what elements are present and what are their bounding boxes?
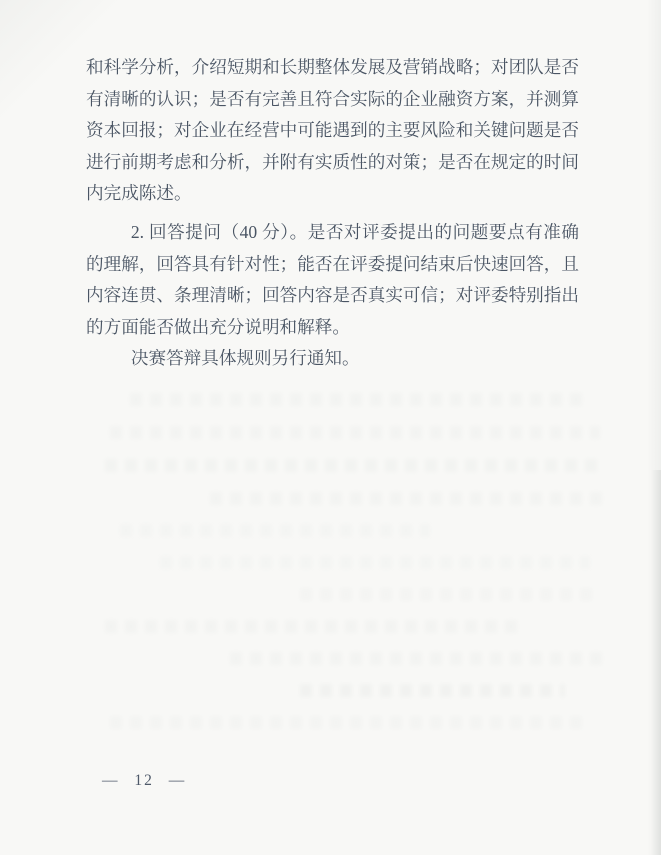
- bleed-through-row: [300, 684, 565, 697]
- bleed-through-row: [105, 620, 525, 633]
- bleed-through-row: [160, 556, 590, 569]
- bleed-through-row: [110, 716, 590, 729]
- paragraph-question-answering-criteria: 2. 回答提问（40 分）。是否对评委提出的问题要点有准确的理解，回答具有针对性…: [86, 217, 579, 343]
- bleed-through-row: [120, 524, 430, 537]
- bleed-through-row: [130, 393, 585, 406]
- bleed-through-row: [230, 652, 610, 665]
- scanned-document-page: 和科学分析，介绍短期和长期整体发展及营销战略；对团队是否有清晰的认识；是否有完善…: [0, 0, 661, 855]
- bleed-through-row: [210, 492, 610, 505]
- bleed-through-row: [105, 459, 605, 472]
- bleed-through-row: [300, 588, 600, 601]
- page-number: — 12 —: [102, 772, 186, 790]
- paragraph-presentation-criteria-continued: 和科学分析，介绍短期和长期整体发展及营销战略；对团队是否有清晰的认识；是否有完善…: [86, 52, 579, 210]
- bleed-through-row: [110, 426, 600, 439]
- scan-edge-shadow: [651, 470, 661, 855]
- paragraph-final-rules-notice: 决赛答辩具体规则另行通知。: [86, 343, 579, 375]
- document-body: 和科学分析，介绍短期和长期整体发展及营销战略；对团队是否有清晰的认识；是否有完善…: [86, 52, 579, 375]
